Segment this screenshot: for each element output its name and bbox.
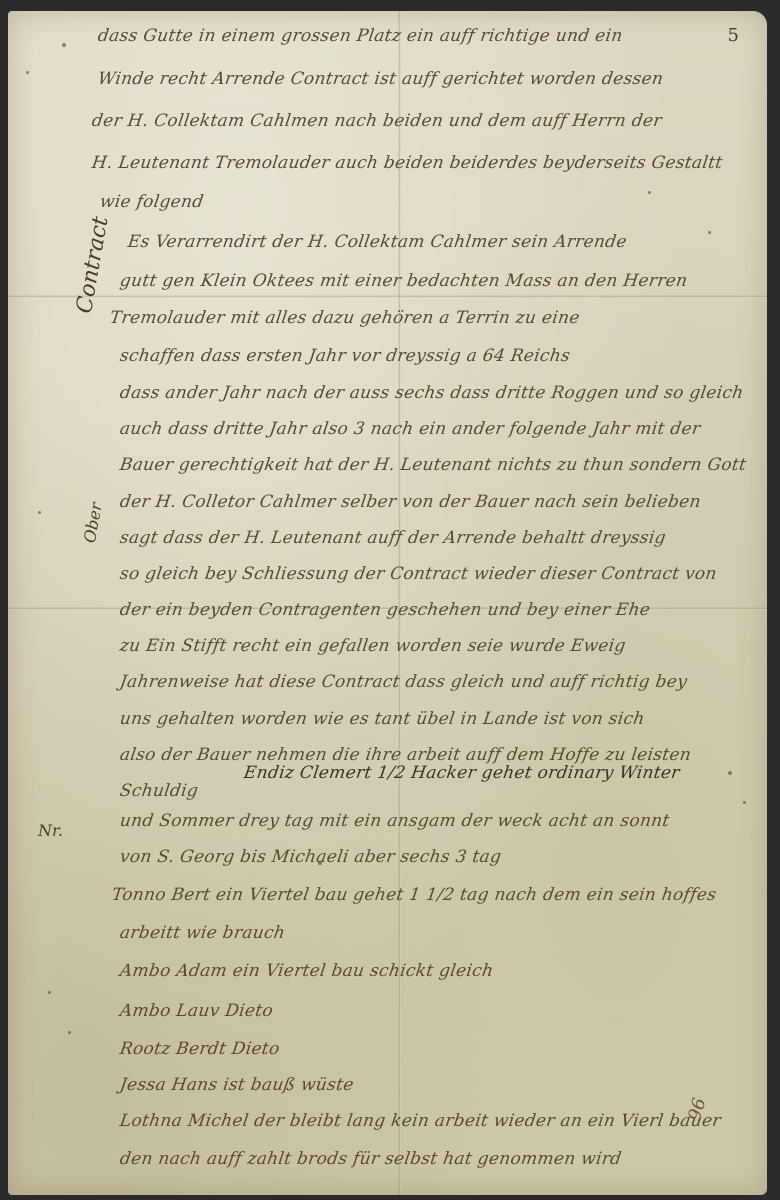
margin-mark-nr: Nr. [38,821,63,840]
page-number: 5 [728,25,739,46]
text-line: arbeitt wie brauch [119,923,287,943]
text-line: Ambo Lauv Dieto [119,1001,275,1021]
ink-speck [48,991,51,994]
ink-speck [68,1031,71,1034]
manuscript-page: 5 Contract Ober Nr. dass Gutte in einem … [8,11,767,1195]
text-line: Jessa Hans ist bauß wüste [119,1075,355,1095]
margin-note-contract: Contract [72,215,114,316]
text-line: Winde recht Arrende Contract ist auff ge… [97,69,665,89]
text-line: der H. Collektam Cahlmen nach beiden und… [91,111,664,131]
ink-speck [743,801,746,804]
text-line: dass ander Jahr nach der auss sechs dass… [119,383,745,403]
text-line: gutt gen Klein Oktees mit einer bedachte… [119,271,689,291]
text-line: dass Gutte in einem grossen Platz ein au… [97,26,624,46]
text-line: Ambo Adam ein Viertel bau schickt gleich [119,961,495,981]
text-line: wie folgend [99,192,205,212]
text-line: der H. Colletor Cahlmer selber von der B… [119,492,703,512]
text-line: so gleich bey Schliessung der Contract w… [119,564,719,584]
text-line: der ein beyden Contragenten geschehen un… [119,600,652,620]
text-line: den nach auff zahlt brods für selbst hat… [119,1149,623,1169]
text-line: Jahrenweise hat diese Contract dass glei… [119,672,689,692]
text-line: Rootz Berdt Dieto [119,1039,281,1059]
text-line: H. Leutenant Tremolauder auch beiden bei… [91,153,724,173]
margin-note-ober: Ober [80,501,106,544]
text-line: schaffen dass ersten Jahr vor dreyssig a… [119,346,572,366]
text-line: Es Verarrendirt der H. Collektam Cahlmer… [127,232,629,252]
ink-speck [708,231,711,234]
text-line: also der Bauer nehmen die ihre arbeit au… [119,745,693,765]
ink-speck [62,43,66,47]
text-line: zu Ein Stifft recht ein gefallen worden … [119,636,627,656]
ink-speck [648,191,651,194]
text-line: Bauer gerechtigkeit hat der H. Leutenant… [119,455,748,475]
text-line: sagt dass der H. Leutenant auff der Arre… [119,528,668,548]
ink-speck [38,511,41,514]
text-line: Schuldig [119,781,200,801]
ink-speck [26,71,29,74]
text-line: auch dass dritte Jahr also 3 nach ein an… [119,419,702,439]
text-line: Tremolauder mit alles dazu gehören a Ter… [109,308,581,328]
text-line: Endiz Clemert 1/2 Hacker gehet ordinary … [243,763,681,783]
ink-speck [728,771,732,775]
horizontal-fold-line [8,295,767,298]
text-line: und Sommer drey tag mit ein ansgam der w… [119,811,671,831]
text-line: Lothna Michel der bleibt lang kein arbei… [119,1111,723,1131]
text-line: uns gehalten worden wie es tant übel in … [119,709,646,729]
text-line: von S. Georg bis Michaeli aber sechs 3 t… [119,847,503,867]
text-line: Tonno Bert ein Viertel bau gehet 1 1/2 t… [111,885,718,905]
